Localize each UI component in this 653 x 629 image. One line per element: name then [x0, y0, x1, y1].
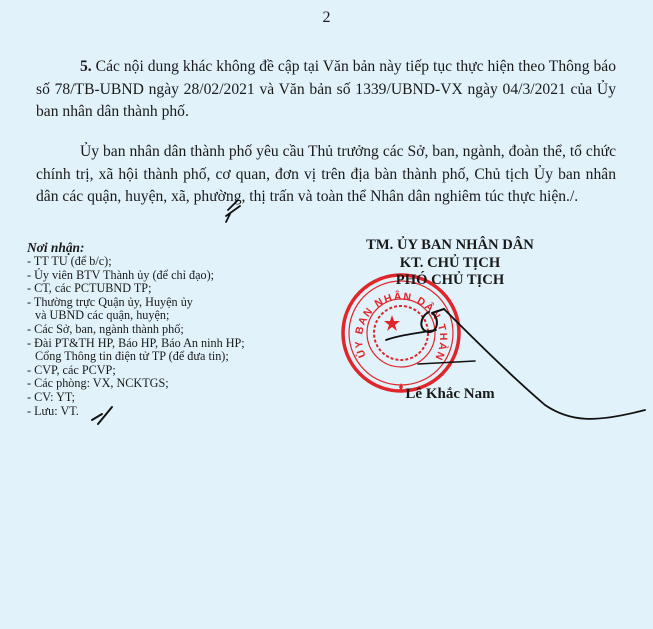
paragraph-5: 5. Các nội dung khác không đề cập tại Vă… — [36, 56, 616, 124]
recipient-item: - CVP, các PCVP; — [27, 364, 245, 378]
recipient-item: - Thường trực Quận ủy, Huyện ủy — [27, 296, 245, 310]
recipients-title: Nơi nhận: — [27, 240, 245, 255]
recipient-item: - CV: YT; — [27, 391, 245, 405]
signature-title-2: KT. CHỦ TỊCH — [330, 255, 570, 273]
signature-title-3: PHÓ CHỦ TỊCH — [330, 272, 570, 290]
paragraph-request: Ủy ban nhân dân thành phố yêu cầu Thủ tr… — [36, 141, 616, 209]
recipient-item: - Lưu: VT. — [27, 405, 245, 419]
signature-title-1: TM. ỦY BAN NHÂN DÂN — [330, 237, 570, 255]
recipient-item: - TT TU (để b/c); — [27, 255, 245, 269]
signer-name: Lê Khắc Nam — [330, 386, 570, 403]
recipients-block: Nơi nhận: - TT TU (để b/c); - Ủy viên BT… — [27, 240, 245, 418]
recipient-item: - CT, các PCTUBND TP; — [27, 282, 245, 296]
recipient-item: và UBND các quận, huyện; — [27, 309, 245, 323]
recipient-item: - Ủy viên BTV Thành ủy (để chỉ đạo); — [27, 269, 245, 283]
signature-block: TM. ỦY BAN NHÂN DÂN KT. CHỦ TỊCH PHÓ CHỦ… — [330, 237, 570, 290]
star-icon — [384, 315, 400, 331]
item-number: 5. — [80, 58, 92, 75]
paragraph-5-text: Các nội dung khác không đề cập tại Văn b… — [36, 58, 616, 120]
recipient-item: - Các Sở, ban, ngành thành phố; — [27, 323, 245, 337]
recipient-item: - Các phòng: VX, NCKTGS; — [27, 377, 245, 391]
page-number: 2 — [0, 9, 653, 27]
paragraph-request-text: Ủy ban nhân dân thành phố yêu cầu Thủ tr… — [36, 143, 616, 205]
recipient-item: Cổng Thông tin điện tử TP (để đưa tin); — [27, 350, 245, 364]
recipient-item: - Đài PT&TH HP, Báo HP, Báo An ninh HP; — [27, 337, 245, 351]
